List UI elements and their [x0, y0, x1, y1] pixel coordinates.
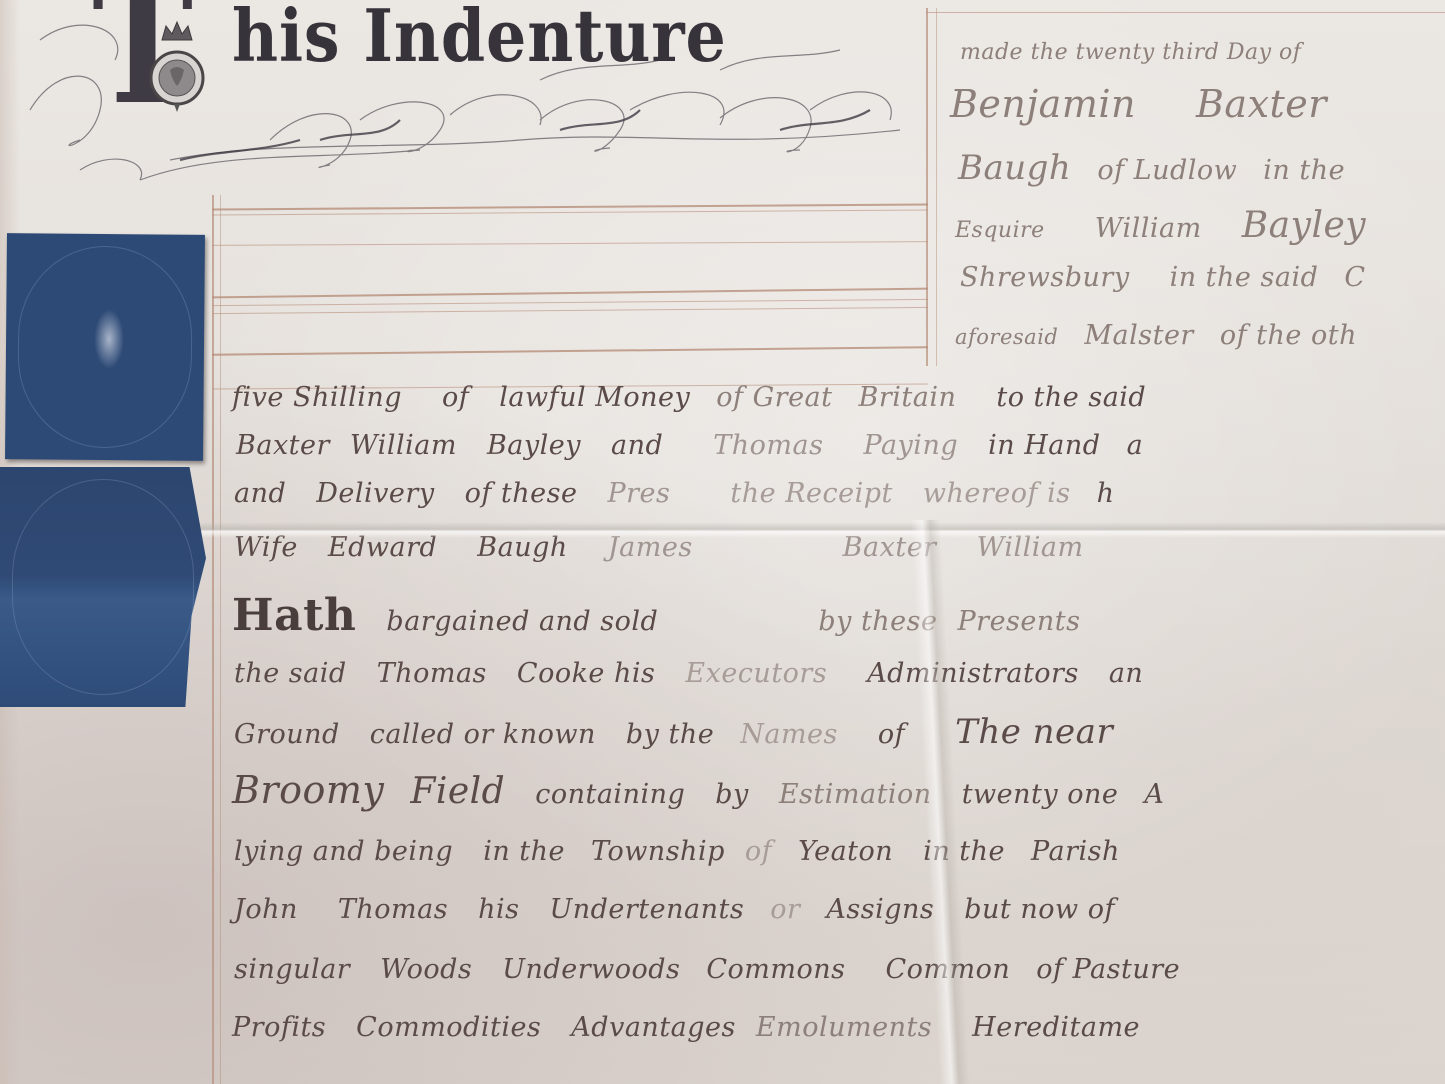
ruled-line-1b: [212, 210, 928, 216]
party-line-5: aforesaidMalsterof the oth: [955, 320, 1357, 351]
horizontal-fold-crease: [0, 522, 1445, 538]
royal-seal-icon: [142, 18, 212, 116]
embossed-duty-stamp-1: [5, 233, 205, 461]
ruled-line-2: [212, 241, 928, 246]
ruled-left-margin: [212, 195, 214, 1084]
embossed-duty-stamp-2: [0, 467, 206, 707]
date-line: made the twenty third Day of: [960, 40, 1301, 65]
ruled-line-4: [212, 346, 928, 355]
body-line-10: JohnThomashisUndertenantsorAssignsbut no…: [234, 894, 1115, 925]
ruled-line-3c: [212, 307, 928, 314]
stamp-emboss-mark: [94, 309, 125, 369]
body-line-9: lying and beingin theTownshipofYeatonin …: [234, 836, 1120, 867]
body-line-5: Hathbargained and soldby thesePresents: [232, 590, 1080, 641]
party-line-4: Shrewsburyin the saidC: [960, 262, 1366, 293]
party-line-3: EsquireWilliamBayley: [955, 205, 1366, 246]
body-line-11: singularWoodsUnderwoodsCommonsCommonof P…: [234, 954, 1180, 985]
party-line-1: BenjaminBaxter: [950, 82, 1327, 126]
ruled-line-3b: [212, 299, 928, 306]
ruled-right-box-edge-inner: [936, 8, 937, 366]
ruled-top-box: [926, 12, 1445, 13]
ruled-line-3: [212, 288, 928, 299]
body-line-6: the saidThomasCooke hisExecutorsAdminist…: [234, 658, 1143, 689]
body-line-3: andDeliveryof thesePresthe Receiptwhereo…: [234, 478, 1114, 509]
body-line-2: BaxterWilliamBayleyandThomasPayingin Han…: [236, 430, 1143, 461]
body-line-1: five Shillingoflawful Moneyof GreatBrita…: [232, 382, 1146, 413]
ruled-right-box-edge: [926, 8, 928, 366]
body-line-7: Groundcalled or knownby theNamesofThe ne…: [234, 712, 1113, 752]
document-title: his Indenture: [232, 0, 727, 72]
ruled-left-margin-inner: [220, 195, 221, 1084]
body-line-12: ProfitsCommoditiesAdvantagesEmolumentsHe…: [232, 1012, 1140, 1043]
body-line-8: BroomyFieldcontainingbyEstimationtwenty …: [232, 768, 1164, 812]
party-line-2: Baughof Ludlowin the: [958, 148, 1345, 188]
parchment-document: T his Indenture made the twenty third Da…: [0, 0, 1445, 1084]
